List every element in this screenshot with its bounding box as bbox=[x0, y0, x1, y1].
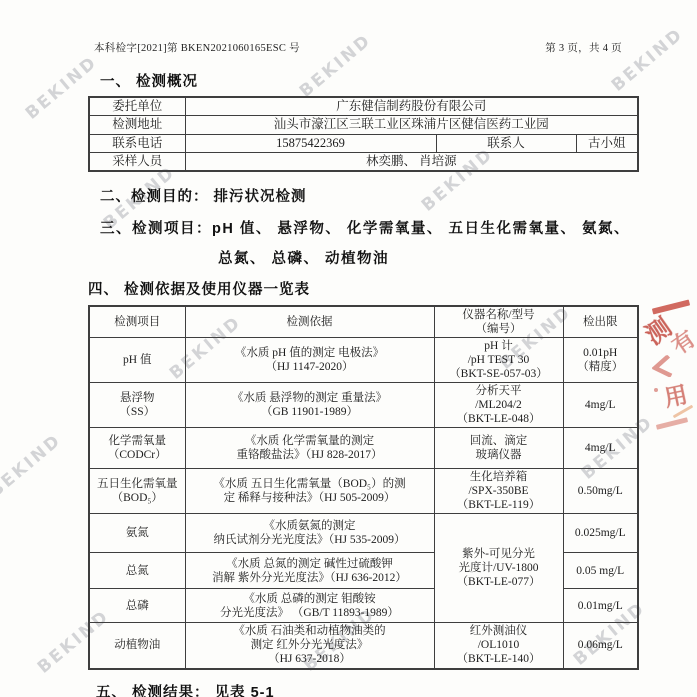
cell-basis: 《水质 化学需氧量的测定 重铬酸盐法》（HJ 828-2017） bbox=[185, 428, 434, 469]
overview-label: 联系电话 bbox=[89, 134, 185, 152]
cell-item: 氨氮 bbox=[89, 514, 185, 553]
cell-item: 悬浮物 （SS） bbox=[89, 383, 185, 428]
cell-basis: 《水质 五日生化需氧量（BOD₅）的测 定 稀释与接种法》（HJ 505-200… bbox=[185, 469, 434, 514]
section-2-title: 二、检测目的： 排污状况检测 bbox=[100, 185, 638, 206]
section-1-title: 一、 检测概况 bbox=[100, 70, 638, 91]
cell-item: 总氮 bbox=[89, 553, 185, 589]
table-row: pH 值 《水质 pH 值的测定 电极法》 （HJ 1147-2020） pH … bbox=[89, 338, 638, 383]
section-5-title: 五、 检测结果： 见表 5-1 bbox=[96, 681, 638, 697]
cell-instrument-merged: 紫外-可见分光 光度计/UV-1800 （BKT-LE-077） bbox=[434, 514, 563, 623]
cell-limit: 0.01mg/L bbox=[563, 589, 638, 623]
cell-limit: 0.025mg/L bbox=[563, 514, 638, 553]
table-row: 采样人员 林奕鹏、 肖培源 bbox=[89, 152, 638, 171]
col-header-basis: 检测依据 bbox=[185, 306, 434, 338]
page-indicator: 第 3 页，共 4 页 bbox=[545, 40, 622, 55]
cell-limit: 0.50mg/L bbox=[563, 469, 638, 514]
stamp-chevron-stroke bbox=[651, 355, 674, 380]
table-row: 检测地址 汕头市濠江区三联工业区珠浦片区健信医药工业园 bbox=[89, 116, 638, 134]
table-row: 化学需氧量 （CODCr） 《水质 化学需氧量的测定 重铬酸盐法》（HJ 828… bbox=[89, 428, 638, 469]
report-number: 本科检字[2021]第 BKEN2021060165ESC 号 bbox=[94, 40, 300, 55]
cell-instrument: 红外测油仪 /OL1010 （BKT-LE-140） bbox=[434, 623, 563, 669]
cell-basis: 《水质 总磷的测定 钼酸铵 分光光度法》 （GB/T 11893-1989） bbox=[185, 589, 434, 623]
cell-item: 总磷 bbox=[89, 589, 185, 623]
table-row: 氨氮 《水质氨氮的测定 纳氏试剂分光光度法》（HJ 535-2009） 紫外-可… bbox=[89, 514, 638, 553]
table-row: 悬浮物 （SS） 《水质 悬浮物的测定 重量法》 （GB 11901-1989）… bbox=[89, 383, 638, 428]
cell-limit: 4mg/L bbox=[563, 428, 638, 469]
stamp-dot bbox=[654, 388, 658, 392]
col-header-limit: 检出限 bbox=[563, 306, 638, 338]
cell-limit: 0.01pH （精度） bbox=[563, 338, 638, 383]
scanned-report-page: BEKIND BEKIND BEKIND BEKIND BEKIND BEKIN… bbox=[0, 0, 697, 697]
cell-limit: 4mg/L bbox=[563, 383, 638, 428]
stamp-stroke bbox=[656, 417, 688, 430]
cell-limit: 0.06mg/L bbox=[563, 623, 638, 669]
cell-basis: 《水质 总氮的测定 碱性过硫酸钾 消解 紫外分光光度法》（HJ 636-2012… bbox=[185, 553, 434, 589]
table-header-row: 检测项目 检测依据 仪器名称/型号 （编号） 检出限 bbox=[89, 306, 638, 338]
overview-label: 委托单位 bbox=[89, 97, 185, 116]
stamp-char: 有 bbox=[665, 322, 697, 360]
cell-limit: 0.05 mg/L bbox=[563, 553, 638, 589]
overview-value: 15875422369 bbox=[185, 134, 436, 152]
overview-label: 联系人 bbox=[436, 134, 576, 152]
instrument-table: 检测项目 检测依据 仪器名称/型号 （编号） 检出限 pH 值 《水质 pH 值… bbox=[88, 305, 639, 670]
cell-basis: 《水质 pH 值的测定 电极法》 （HJ 1147-2020） bbox=[185, 338, 434, 383]
cell-item: 化学需氧量 （CODCr） bbox=[89, 428, 185, 469]
table-row: 五日生化需氧量 （BOD₅） 《水质 五日生化需氧量（BOD₅）的测 定 稀释与… bbox=[89, 469, 638, 514]
cell-item: 动植物油 bbox=[89, 623, 185, 669]
section-4-title: 四、 检测依据及使用仪器一览表 bbox=[88, 278, 638, 299]
col-header-instrument: 仪器名称/型号 （编号） bbox=[434, 306, 563, 338]
stamp-char: 测 bbox=[637, 308, 678, 352]
cell-instrument: 生化培养箱 /SPX-350BE （BKT-LE-119） bbox=[434, 469, 563, 514]
section-3-title-line1: 三、检测项目：pH 值、 悬浮物、 化学需氧量、 五日生化需氧量、 氨氮、 bbox=[100, 217, 638, 238]
overview-value: 汕头市濠江区三联工业区珠浦片区健信医药工业园 bbox=[185, 116, 638, 134]
cell-instrument: 回流、滴定 玻璃仪器 bbox=[434, 428, 563, 469]
table-row: 动植物油 《水质 石油类和动植物油类的 测定 红外分光光度法》 （HJ 637-… bbox=[89, 623, 638, 669]
overview-value: 古小姐 bbox=[576, 134, 638, 152]
cell-instrument: pH 计 /pH TEST 30 （BKT-SE-057-03） bbox=[434, 338, 563, 383]
cell-basis: 《水质氨氮的测定 纳氏试剂分光光度法》（HJ 535-2009） bbox=[185, 514, 434, 553]
cell-instrument: 分析天平 /ML204/2 （BKT-LE-048） bbox=[434, 383, 563, 428]
table-row: 联系电话 15875422369 联系人 古小姐 bbox=[89, 134, 638, 152]
cell-item: pH 值 bbox=[89, 338, 185, 383]
doc-header: 本科检字[2021]第 BKEN2021060165ESC 号 第 3 页，共 … bbox=[88, 40, 638, 55]
cell-basis: 《水质 石油类和动植物油类的 测定 红外分光光度法》 （HJ 637-2018） bbox=[185, 623, 434, 669]
col-header-item: 检测项目 bbox=[89, 306, 185, 338]
section-3-title-line2: 总氮、 总磷、 动植物油 bbox=[218, 247, 638, 268]
cell-basis: 《水质 悬浮物的测定 重量法》 （GB 11901-1989） bbox=[185, 383, 434, 428]
stamp-char: 用 bbox=[661, 376, 690, 413]
report-content: 本科检字[2021]第 BKEN2021060165ESC 号 第 3 页，共 … bbox=[88, 40, 638, 697]
stamp-stroke bbox=[673, 405, 694, 419]
cell-item: 五日生化需氧量 （BOD₅） bbox=[89, 469, 185, 514]
watermark-text: BEKIND bbox=[0, 430, 66, 502]
stamp-stroke bbox=[652, 299, 690, 314]
overview-value: 林奕鹏、 肖培源 bbox=[185, 152, 638, 171]
overview-label: 检测地址 bbox=[89, 116, 185, 134]
table-row: 委托单位 广东健信制药股份有限公司 bbox=[89, 97, 638, 116]
overview-value: 广东健信制药股份有限公司 bbox=[185, 97, 638, 116]
overview-table: 委托单位 广东健信制药股份有限公司 检测地址 汕头市濠江区三联工业区珠浦片区健信… bbox=[88, 96, 639, 172]
overview-label: 采样人员 bbox=[89, 152, 185, 171]
